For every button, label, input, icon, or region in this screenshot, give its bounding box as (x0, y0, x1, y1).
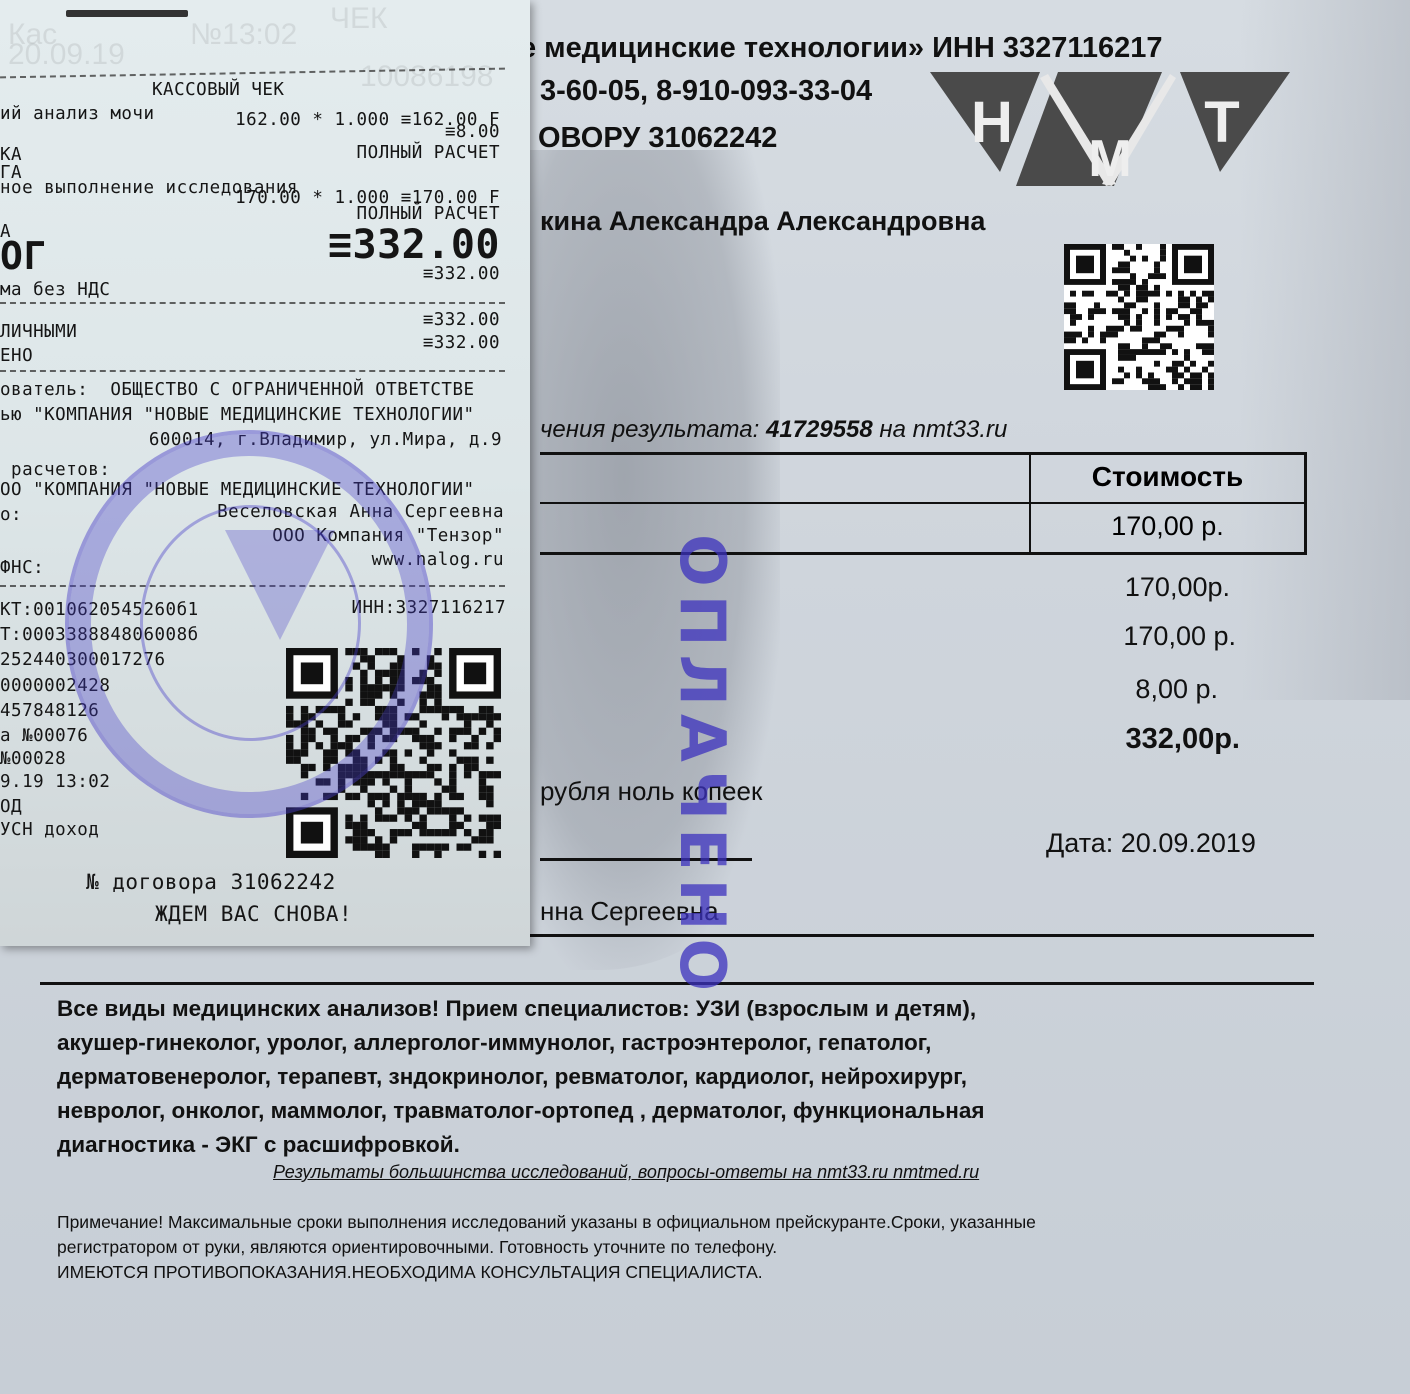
svg-text:Н: Н (971, 90, 1013, 155)
stamp-logo-icon (225, 530, 335, 640)
receipt-farewell: ЖДЕМ ВАС СНОВА! (155, 902, 352, 926)
invoice-qr-code[interactable] (1064, 244, 1214, 390)
total-value: ≡332.00 (328, 222, 500, 268)
fns-label: ФНС: (0, 558, 44, 578)
subtotal-1: 170,00р. (1040, 572, 1230, 603)
receipt-divider (0, 302, 505, 304)
item-1-name: ий анализ мочи (0, 104, 155, 124)
cashier-label: о: (0, 505, 22, 525)
disclaimer-note: Примечание! Максимальные сроки выполнени… (57, 1210, 1287, 1285)
receipt-contract: № договора 31062242 (86, 870, 336, 894)
fiscal-line: ОД (0, 797, 22, 817)
ghost-text: ЧЕК (330, 2, 387, 36)
left-fragment: КА (0, 145, 22, 165)
note-line: ИМЕЮТСЯ ПРОТИВОПОКАЗАНИЯ.НЕОБХОДИМА КОНС… (57, 1260, 1287, 1285)
cost-column-header: Стоимость (1031, 461, 1304, 493)
divider-1 (520, 934, 1314, 937)
services-advert: Все виды медицинских анализов! Прием спе… (57, 992, 1267, 1162)
fiscal-line: а №00076 (0, 726, 88, 746)
shadow-overlay (520, 150, 780, 970)
subtotal-2: 170,00 р. (1040, 621, 1236, 652)
cost-cell: 170,00 р. (1031, 511, 1304, 542)
note-line: регистратором от руки, являются ориентир… (57, 1235, 1287, 1260)
services-table: Стоимость 170,00 р. (540, 452, 1307, 555)
total-label: ОГ (0, 234, 47, 278)
advert-line: Все виды медицинских анализов! Прием спе… (57, 992, 1267, 1026)
results-link[interactable]: Результаты большинства исследований, воп… (273, 1162, 979, 1183)
tear-mark (66, 10, 188, 17)
advert-line: акушер-гинеколог, уролог, аллерголог-имм… (57, 1026, 1267, 1060)
result-lookup: чения результата: 41729558 на nmt33.ru (540, 416, 1007, 444)
ghost-text: 20.09.19 (8, 38, 125, 72)
clinic-phones: 3-60-05, 8-910-093-33-04 (540, 75, 872, 108)
nmt-logo-icon: Н М Т (930, 72, 1290, 190)
fiscal-line: №00028 (0, 749, 66, 769)
seller-line: ователь: ОБЩЕСТВО С ОГРАНИЧЕННОЙ ОТВЕТСТ… (0, 380, 475, 400)
fiscal-line: 9.19 13:02 (0, 772, 110, 792)
advert-line: невролог, онколог, маммолог, травматолог… (57, 1094, 1267, 1128)
paid-stamp: ОПЛАЧЕНО (666, 534, 739, 999)
advert-line: дерматовенеролог, терапевт, зндокринолог… (57, 1060, 1267, 1094)
place-label: расчетов: (0, 460, 110, 480)
note-line: Примечание! Максимальные сроки выполнени… (57, 1210, 1287, 1235)
result-lookup-link[interactable]: на nmt33.ru (879, 416, 1007, 443)
fee-amount: 8,00 р. (1040, 674, 1218, 705)
advert-line: диагностика - ЭКГ с расшифровкой. (57, 1128, 1267, 1162)
received-value: ≡332.00 (423, 333, 500, 353)
receipt-divider (0, 370, 505, 372)
patient-name: кина Александра Александровна (540, 206, 985, 237)
seller-line: ью "КОМПАНИЯ "НОВЫЕ МЕДИЦИНСКИЕ ТЕХНОЛОГ… (0, 405, 475, 425)
ghost-text: 10086198 (360, 60, 493, 94)
received-label: ЕНО (0, 346, 33, 366)
contract-number: ОВОРУ 31062242 (538, 122, 777, 155)
ghost-text: №13:02 (190, 18, 297, 52)
grand-total: 332,00р. (1040, 723, 1240, 756)
cash-value: ≡332.00 (423, 310, 500, 330)
result-lookup-prefix: чения результата: (540, 416, 759, 443)
invoice-date: Дата: 20.09.2019 (1046, 828, 1256, 859)
receipt-title: КАССОВЫЙ ЧЕК (152, 80, 284, 100)
item-2-payment-type: ПОЛНЫЙ РАСЧЕТ (357, 204, 500, 224)
item-1-fee: ≡8.00 (445, 122, 500, 142)
item-1-payment-type: ПОЛНЫЙ РАСЧЕТ (357, 143, 500, 163)
svg-text:Т: Т (1204, 90, 1239, 155)
clinic-header: е медицинские технологии» ИНН 3327116217 (520, 32, 1163, 65)
svg-text:М: М (1088, 130, 1131, 188)
cash-receipt: Кас 20.09.19 №13:02 ЧЕК 10086198 КАССОВЫ… (0, 0, 530, 946)
result-code: 41729558 (766, 416, 873, 443)
vat-value: ≡332.00 (423, 264, 500, 284)
cash-label: ЛИЧНЫМИ (0, 322, 77, 342)
fiscal-line: УСН доход (0, 820, 99, 840)
vat-label: ма без НДС (0, 280, 110, 300)
